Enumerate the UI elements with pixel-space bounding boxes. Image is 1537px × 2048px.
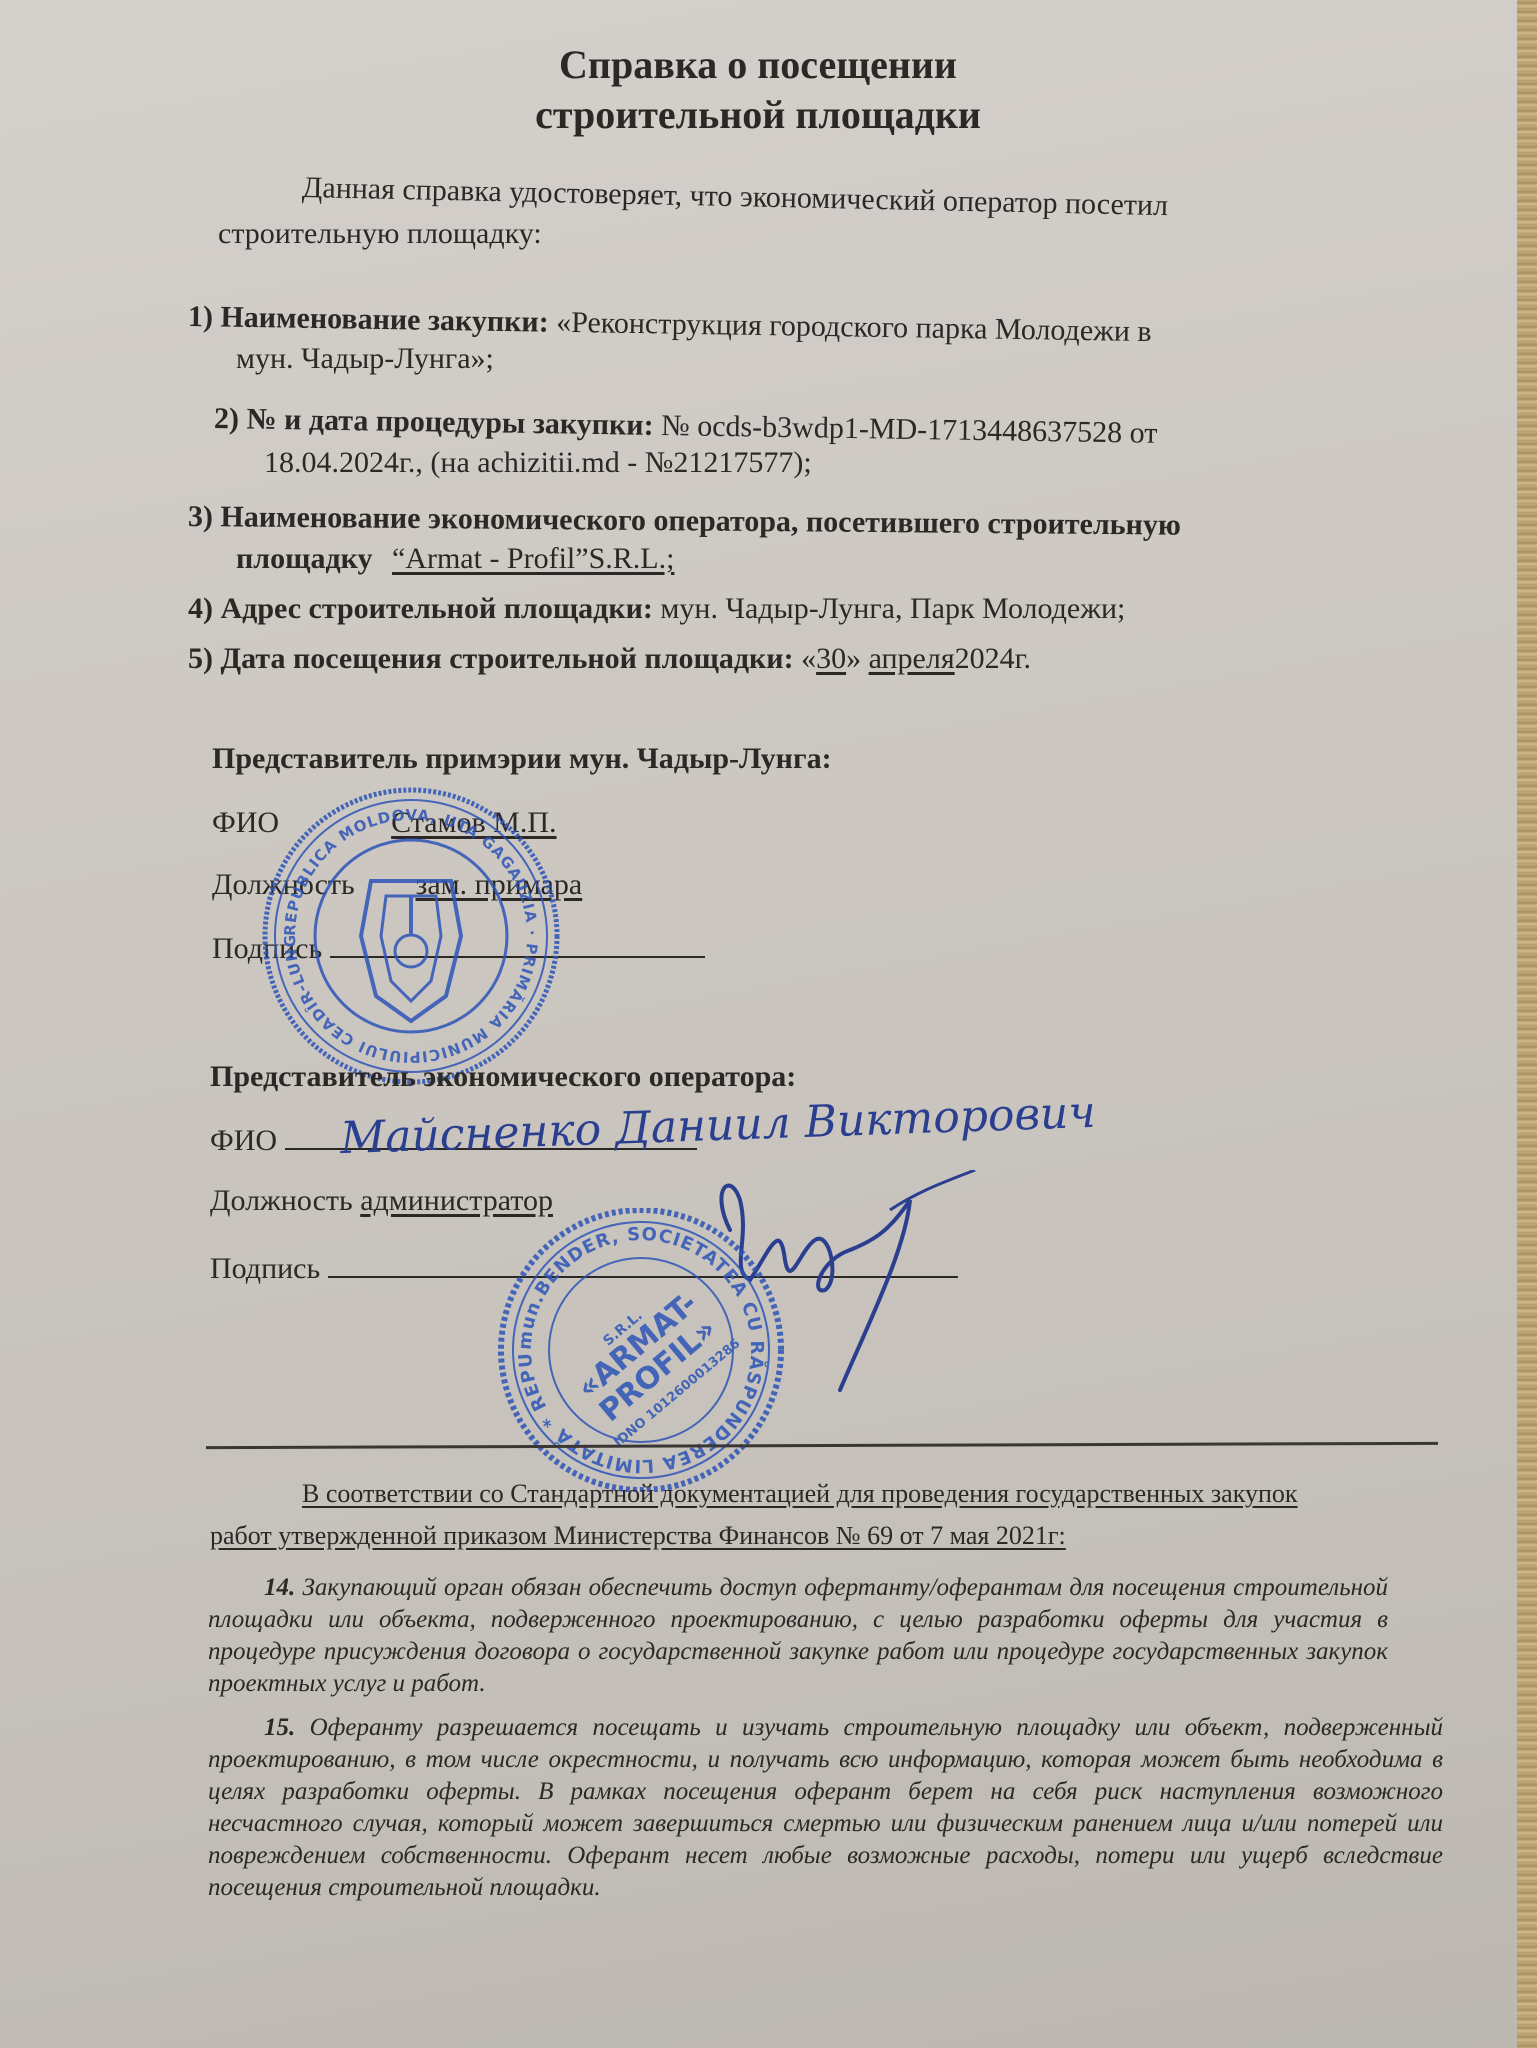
item-number: 1) (188, 300, 214, 333)
item-number: 2) (214, 402, 240, 435)
fio-label: ФИО (210, 1124, 277, 1157)
svg-text:REPUBLICA MOLDOVA, UTA GAGAUZI: REPUBLICA MOLDOVA, UTA GAGAUZIA · PRIMĂR… (258, 786, 541, 1066)
item-label: № и дата процедуры закупки: (246, 403, 654, 442)
item-label: Дата посещения строительной площадки: (221, 642, 794, 675)
clause-number: 14. (264, 1574, 295, 1601)
section-divider (206, 1442, 1438, 1449)
visit-day: 30 (816, 642, 846, 675)
date-quote-open: « (794, 642, 817, 675)
item-number: 5) (188, 642, 213, 675)
item-label: Адрес строительной площадки: (221, 592, 653, 625)
title-line-1: Справка о посещении (308, 40, 1208, 90)
visit-year: 2024г. (955, 642, 1031, 675)
clause-14: 14. Закупающий орган обязан обеспечить д… (208, 1572, 1388, 1700)
city-hall-stamp: REPUBLICA MOLDOVA, UTA GAGAUZIA · PRIMĂR… (258, 786, 564, 1086)
item-value: «Реконструкция городского парка Молодежи… (548, 306, 1151, 348)
item-number: 4) (188, 592, 213, 625)
item-label-cont: площадку (236, 542, 372, 575)
clause-text: Оферанту разрешается посещать и изучать … (208, 1714, 1443, 1901)
wooden-table-edge (1517, 0, 1537, 2048)
legal-heading-line-1: В соответствии со Стандартной документац… (302, 1476, 1298, 1512)
signature-label: Подпись (210, 1252, 320, 1285)
clause-15: 15. Оферанту разрешается посещать и изуч… (208, 1712, 1443, 1904)
item-procedure-number-cont: 18.04.2024г., (на achizitii.md - №212175… (264, 442, 812, 484)
clause-number: 15. (264, 1714, 295, 1741)
title-line-2: строительной площадки (308, 90, 1208, 140)
position-label: Должность (210, 1184, 353, 1217)
seal-icon: mun.BENDER, SOCIETATEA CU RĂSPUNDEREA LI… (496, 1208, 786, 1492)
item-operator-name-cont: площадку “Armat - Profil”S.R.L.; (236, 538, 674, 580)
item-value: мун. Чадыр-Лунга, Парк Молодежи; (653, 592, 1125, 625)
item-label: Наименование экономического оператора, п… (220, 500, 1181, 541)
intro-line-2: строительную площадку: (218, 214, 542, 254)
document-page: Справка о посещении строительной площадк… (0, 0, 1518, 2048)
handwritten-fio: Майсненко Даниил Викторович (339, 1087, 1096, 1164)
legal-heading-line-2: работ утвержденной приказом Министерства… (210, 1518, 1066, 1554)
operator-name-value: “Armat - Profil”S.R.L.; (392, 542, 674, 575)
company-stamp: mun.BENDER, SOCIETATEA CU RĂSPUNDEREA LI… (496, 1208, 786, 1492)
clause-text: Закупающий орган обязан обеспечить досту… (208, 1574, 1388, 1697)
item-label: Наименование закупки: (220, 301, 549, 339)
visit-month: апреля (869, 642, 955, 675)
operator-rep-heading: Представитель экономического оператора: (210, 1060, 796, 1094)
item-site-address: 4) Адрес строительной площадки: мун. Чад… (188, 588, 1125, 630)
date-quote-close: » (846, 642, 869, 675)
item-procurement-name-cont: мун. Чадыр-Лунга»; (236, 338, 494, 380)
city-rep-heading: Представитель примэрии мун. Чадыр-Лунга: (212, 742, 832, 776)
item-number: 3) (188, 500, 213, 533)
document-title: Справка о посещении строительной площадк… (308, 40, 1208, 140)
seal-icon: REPUBLICA MOLDOVA, UTA GAGAUZIA · PRIMĂR… (258, 786, 564, 1086)
item-visit-date: 5) Дата посещения строительной площадки:… (188, 638, 1031, 680)
